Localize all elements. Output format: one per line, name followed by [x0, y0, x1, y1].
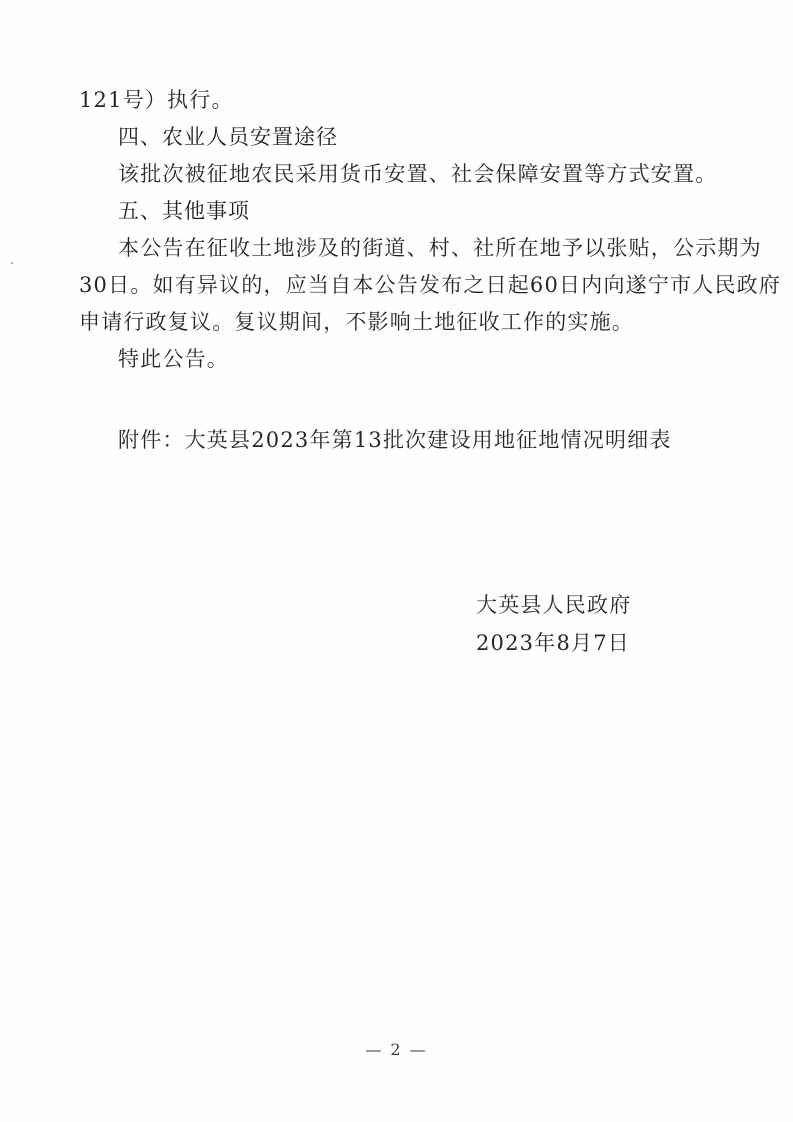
continuation-line: 121号）执行。	[79, 85, 234, 115]
closing-statement: 特此公告。	[118, 344, 229, 374]
issue-date: 2023年8月7日	[476, 628, 630, 658]
section-five-paragraph-line-1: 本公告在征收土地涉及的街道、村、社所在地予以张贴，公示期为	[118, 233, 728, 263]
attachment-note: 附件：大英县2023年第13批次建设用地征地情况明细表	[118, 425, 672, 455]
scan-speck	[11, 262, 13, 264]
document-page: 121号）执行。 四、农业人员安置途径 该批次被征地农民采用货币安置、社会保障安…	[0, 0, 793, 1122]
page-number: — 2 —	[0, 1040, 793, 1059]
section-five-heading: 五、其他事项	[118, 196, 250, 226]
section-five-paragraph-line-2: 30日。如有异议的，应当自本公告发布之日起60日内向遂宁市人民政府	[79, 270, 728, 300]
section-four-paragraph: 该批次被征地农民采用货币安置、社会保障安置等方式安置。	[118, 159, 717, 189]
section-four-heading: 四、农业人员安置途径	[118, 122, 338, 152]
section-five-paragraph-line-3: 申请行政复议。复议期间，不影响土地征收工作的实施。	[79, 307, 634, 337]
issuer-signature: 大英县人民政府	[476, 590, 631, 620]
